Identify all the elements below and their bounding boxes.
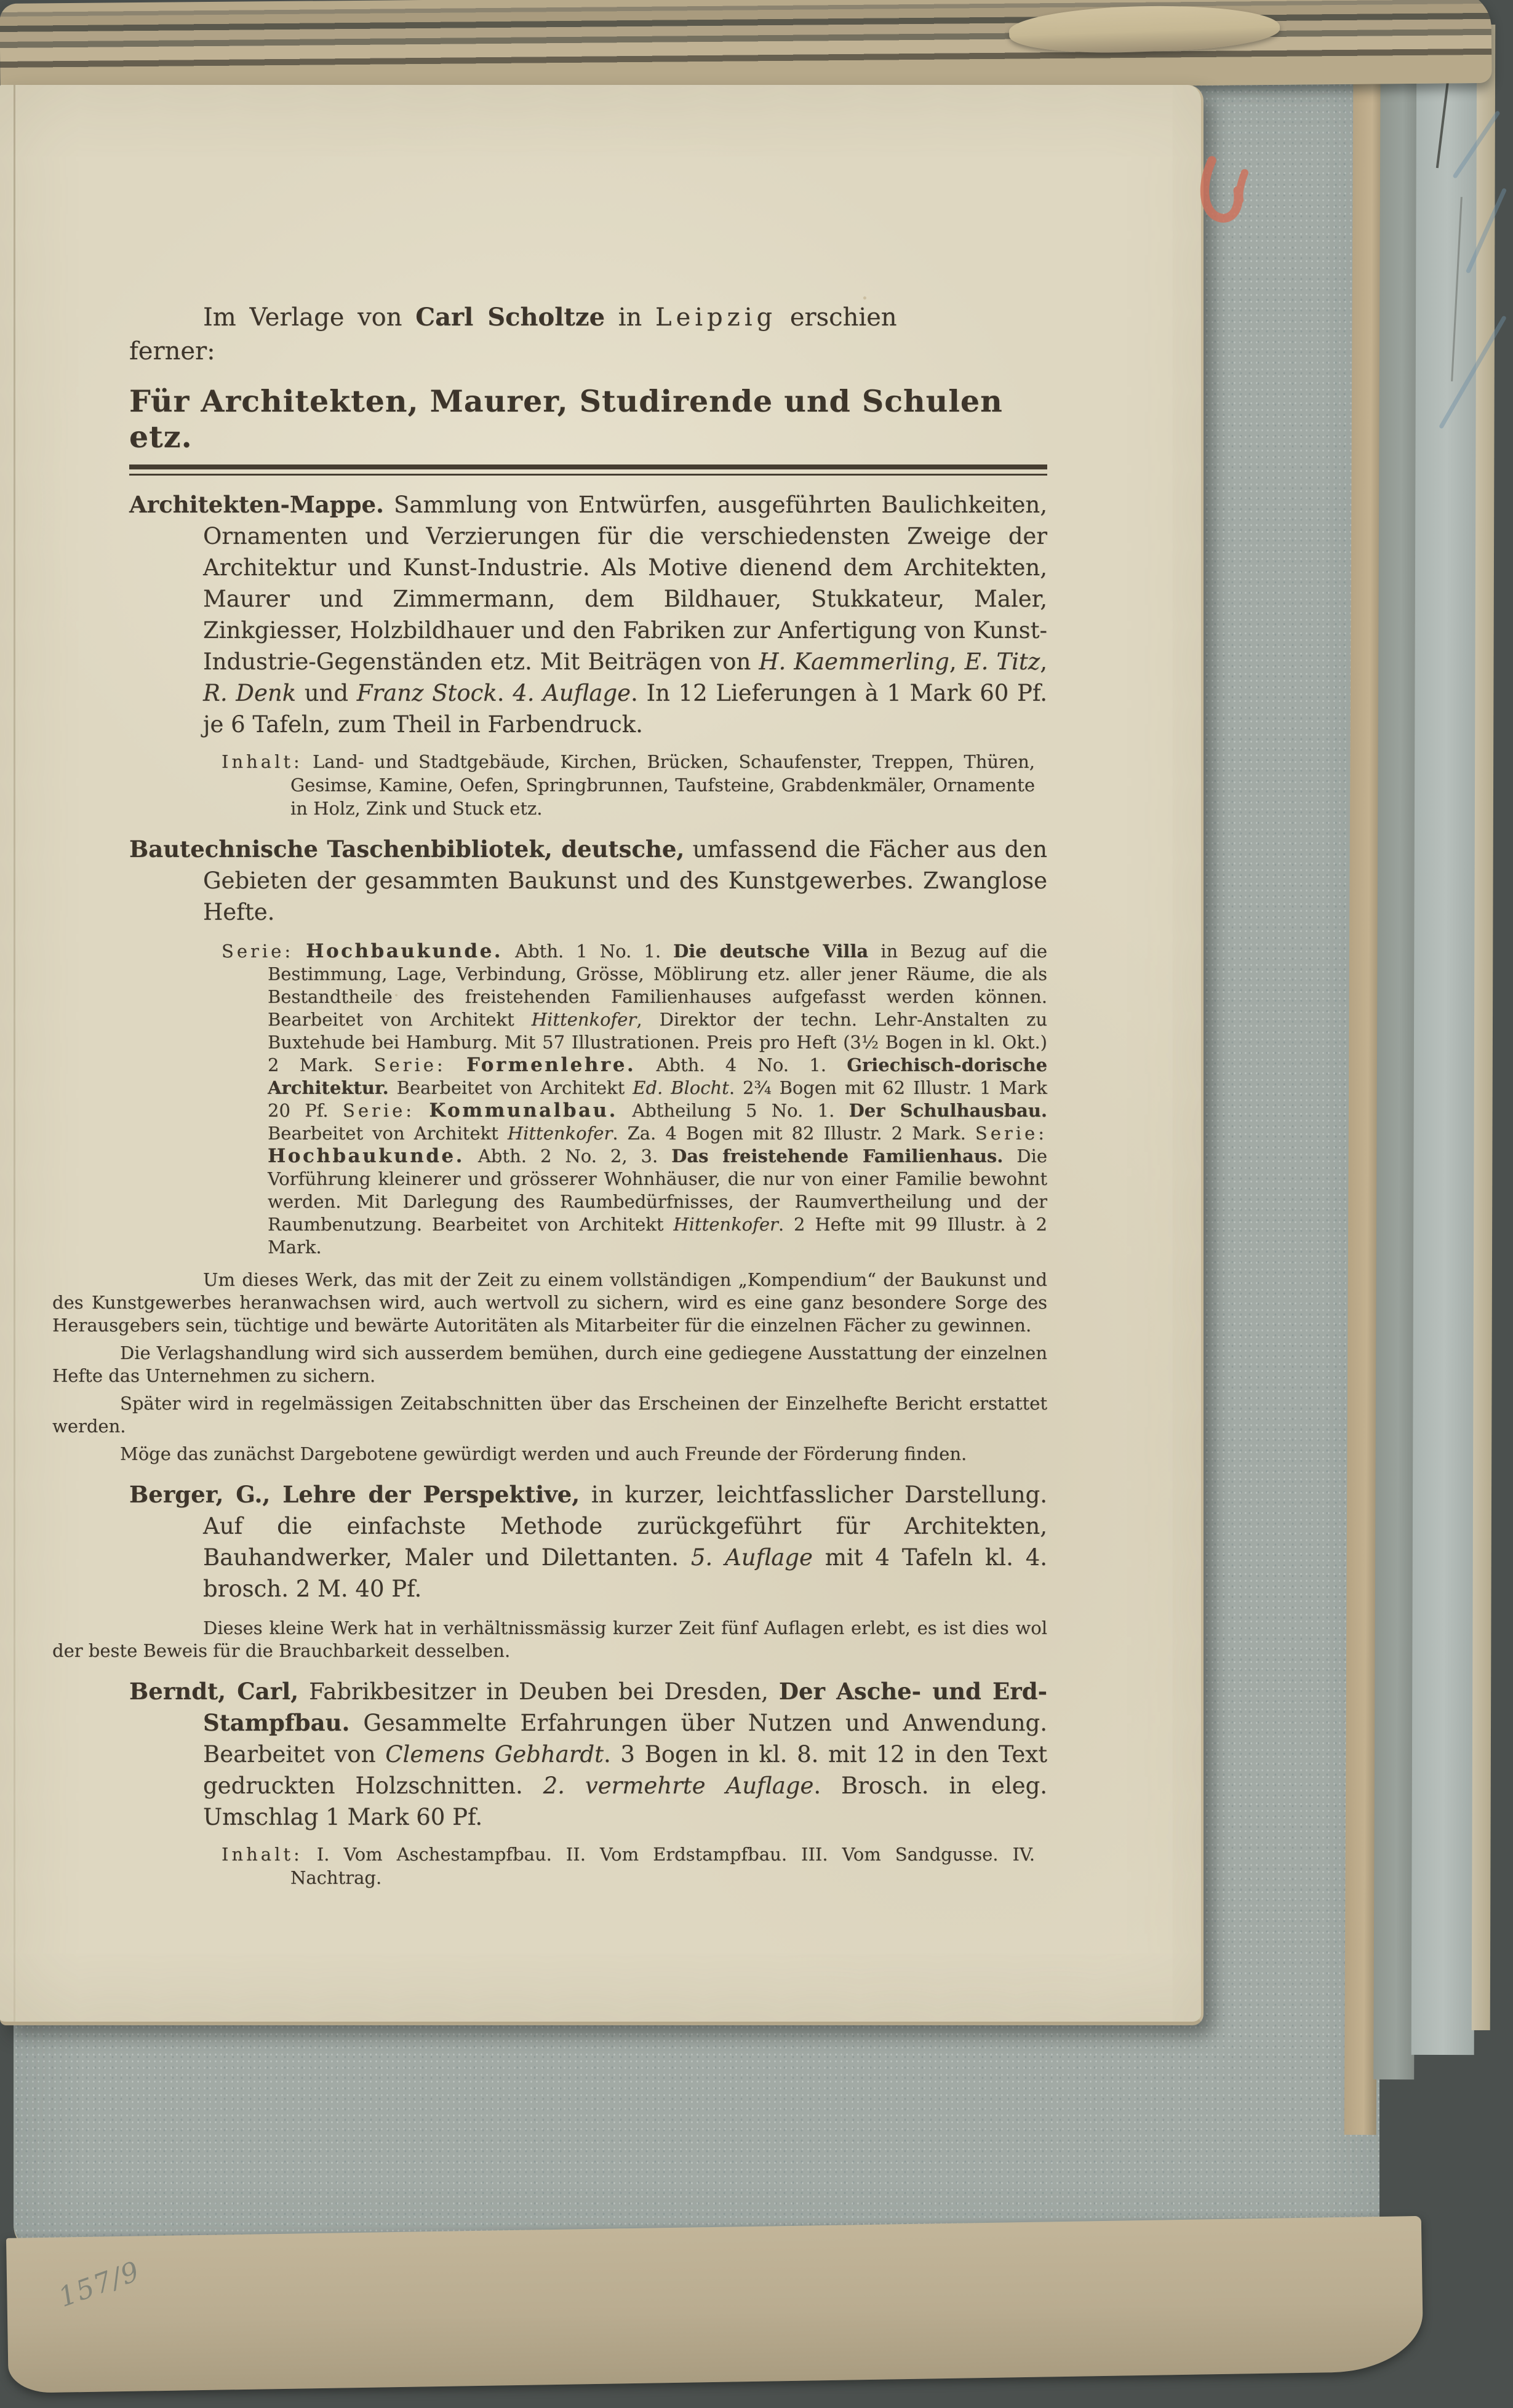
- inhalt-berndt: Inhalt: I. Vom Aschestampfbau. II. Vom E…: [222, 1843, 1035, 1889]
- scanned-book-page: 157/9 Im Verlage von Carl Scholtze in Le…: [0, 0, 1513, 2408]
- entry-architekten-mappe: Architekten-Mappe. Sammlung von Entwürfe…: [129, 489, 1047, 740]
- publisher-note-paragraph: Um dieses Werk, das mit der Zeit zu eine…: [52, 1269, 1047, 1337]
- page-edge-band-light: [1411, 25, 1480, 2055]
- publisher-note-paragraph: Möge das zunächst Dargebotene gewürdigt …: [52, 1443, 1047, 1465]
- publisher-note-paragraph: Später wird in regelmässigen Zeitabschni…: [52, 1392, 1047, 1438]
- entry-berger-perspektive: Berger, G., Lehre der Perspektive, in ku…: [129, 1479, 1047, 1605]
- entry-berndt-stampfbau: Berndt, Carl, Fabrikbesitzer in Deuben b…: [129, 1676, 1047, 1833]
- double-rule: [129, 464, 1047, 476]
- publisher-line: Im Verlage von Carl Scholtze in Leipzig …: [129, 300, 1047, 335]
- worn-page-edges-stack: [0, 0, 1492, 96]
- bottom-under-sheet: 157/9: [6, 2216, 1424, 2393]
- publisher-note-paragraph: Die Verlagshandlung wird sich ausserdem …: [52, 1342, 1047, 1387]
- red-crayon-mark: [1192, 155, 1261, 230]
- handwritten-page-number: 157/9: [55, 2255, 145, 2314]
- entry-bautechnische-taschenbibliotek: Bautechnische Taschenbibliotek, deutsche…: [129, 834, 1047, 928]
- publisher-line-continuation: ferner:: [129, 335, 1047, 369]
- page-title: Für Architekten, Maurer, Studirende und …: [129, 383, 1047, 455]
- berger-review-note: Dieses kleine Werk hat in verhältnissmäs…: [52, 1617, 1047, 1662]
- serie-listing-block: Serie: Hochbaukunde. Abth. 1 No. 1. Die …: [268, 940, 1047, 1259]
- inhalt-architekten-mappe: Inhalt: Land- und Stadtgebäude, Kirchen,…: [222, 750, 1035, 820]
- advertisement-page: Im Verlage von Carl Scholtze in Leipzig …: [0, 85, 1204, 2025]
- printed-text-column: Im Verlage von Carl Scholtze in Leipzig …: [129, 300, 1047, 1889]
